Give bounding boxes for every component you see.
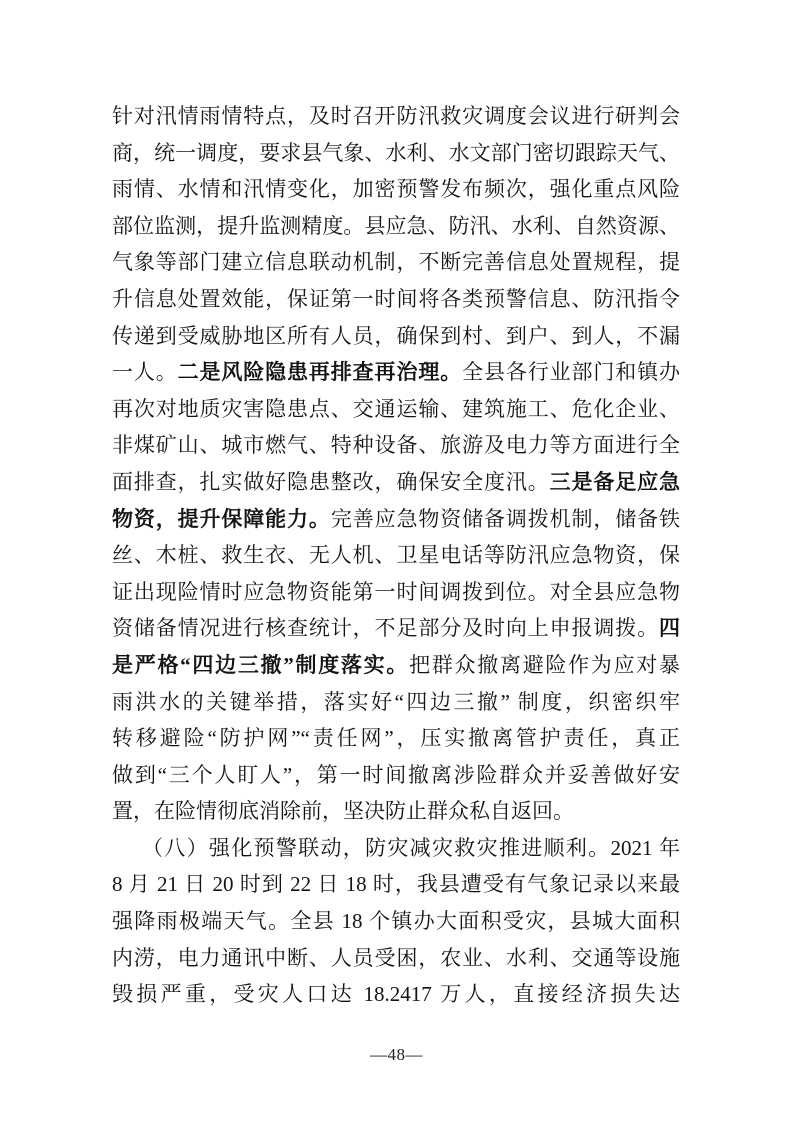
bold-text-segment: 二是风险隐患再排查再治理。: [178, 360, 462, 384]
text-line: 雨情、水情和汛情变化，加密预警发布频次，强化重点风险: [112, 171, 680, 208]
text-segment: 针对汛情雨情特点，及时召开防汛救灾调度会议进行研判会: [112, 104, 680, 128]
text-segment: 部位监测，提升监测精度。县应急、防汛、水利、自然资源、: [112, 214, 680, 238]
bold-text-segment: 四: [659, 616, 680, 640]
text-line: 8 月 21 日 20 时到 22 日 18 时，我县遭受有气象记录以来最: [112, 866, 680, 903]
text-line: 气象等部门建立信息联动机制，不断完善信息处置规程，提: [112, 244, 680, 281]
bold-text-segment: 三是备足应急: [550, 470, 680, 494]
text-line: 再次对地质灾害隐患点、交通运输、建筑施工、危化企业、: [112, 391, 680, 428]
page-footer: —48—: [0, 1044, 793, 1066]
text-segment: 商，统一调度，要求县气象、水利、水文部门密切跟踪天气、: [112, 141, 680, 165]
text-line: 一人。二是风险隐患再排查再治理。全县各行业部门和镇办: [112, 354, 680, 391]
text-segment: 做到“三个人盯人”，第一时间撤离涉险群众并妥善做好安: [112, 763, 680, 787]
text-segment: 内涝，电力通讯中断、人员受困，农业、水利、交通等设施: [112, 946, 680, 970]
text-segment: 置，在险情彻底消除前，坚决防止群众私自返回。: [112, 799, 574, 823]
text-segment: 气象等部门建立信息联动机制，不断完善信息处置规程，提: [112, 250, 680, 274]
text-segment: 转移避险“防护网”“责任网”，压实撤离管护责任，真正: [112, 726, 680, 750]
text-line: 传递到受威胁地区所有人员，确保到村、到户、到人，不漏: [112, 318, 680, 355]
text-line: 商，统一调度，要求县气象、水利、水文部门密切跟踪天气、: [112, 135, 680, 172]
text-segment: 毁损严重，受灾人口达 18.2417 万人，直接经济损失达: [112, 982, 680, 1006]
document-body: 针对汛情雨情特点，及时召开防汛救灾调度会议进行研判会商，统一调度，要求县气象、水…: [112, 98, 680, 1013]
text-line: 是严格“四边三撤”制度落实。把群众撤离避险作为应对暴: [112, 647, 680, 684]
text-line: 做到“三个人盯人”，第一时间撤离涉险群众并妥善做好安: [112, 757, 680, 794]
text-segment: 证出现险情时应急物资能第一时间调拨到位。对全县应急物: [112, 580, 680, 604]
text-segment: 把群众撤离避险作为应对暴: [409, 653, 680, 677]
text-line: 毁损严重，受灾人口达 18.2417 万人，直接经济损失达: [112, 976, 680, 1013]
text-line: 雨洪水的关键举措，落实好“四边三撤” 制度，织密织牢: [112, 684, 680, 721]
text-line: 转移避险“防护网”“责任网”，压实撤离管护责任，真正: [112, 720, 680, 757]
text-line: 升信息处置效能，保证第一时间将各类预警信息、防汛指令: [112, 281, 680, 318]
text-segment: 2021 年: [610, 836, 680, 860]
text-segment: 升信息处置效能，保证第一时间将各类预警信息、防汛指令: [112, 287, 680, 311]
text-line: （八）强化预警联动，防灾减灾救灾推进顺利。2021 年: [112, 830, 680, 867]
text-segment: 一人。: [112, 360, 178, 384]
bold-text-segment: 是严格“四边三撤”制度落实。: [112, 653, 409, 677]
text-segment: 全县各行业部门和镇办: [462, 360, 680, 384]
bold-text-segment: 物资，提升保障能力。: [112, 507, 331, 531]
text-segment: 资储备情况进行核查统计，不足部分及时向上申报调拨。: [112, 616, 659, 640]
text-segment: 面排查，扎实做好隐患整改，确保安全度汛。: [112, 470, 550, 494]
text-segment: 强降雨极端天气。全县 18 个镇办大面积受灾，县城大面积: [112, 909, 680, 933]
text-segment: 雨洪水的关键举措，落实好“四边三撤” 制度，织密织牢: [112, 690, 680, 714]
text-line: 物资，提升保障能力。完善应急物资储备调拨机制，储备铁: [112, 501, 680, 538]
text-line: 非煤矿山、城市燃气、特种设备、旅游及电力等方面进行全: [112, 427, 680, 464]
text-segment: 完善应急物资储备调拨机制，储备铁: [331, 507, 680, 531]
text-segment: 雨情、水情和汛情变化，加密预警发布频次，强化重点风险: [112, 177, 680, 201]
text-line: 内涝，电力通讯中断、人员受困，农业、水利、交通等设施: [112, 940, 680, 977]
text-line: 资储备情况进行核查统计，不足部分及时向上申报调拨。四: [112, 610, 680, 647]
text-segment: 非煤矿山、城市燃气、特种设备、旅游及电力等方面进行全: [112, 433, 680, 457]
text-line: 证出现险情时应急物资能第一时间调拨到位。对全县应急物: [112, 574, 680, 611]
text-line: 针对汛情雨情特点，及时召开防汛救灾调度会议进行研判会: [112, 98, 680, 135]
text-line: 面排查，扎实做好隐患整改，确保安全度汛。三是备足应急: [112, 464, 680, 501]
text-segment: 丝、木桩、救生衣、无人机、卫星电话等防汛应急物资，保: [112, 543, 680, 567]
text-line: 丝、木桩、救生衣、无人机、卫星电话等防汛应急物资，保: [112, 537, 680, 574]
text-line: 置，在险情彻底消除前，坚决防止群众私自返回。: [112, 793, 680, 830]
text-segment: 传递到受威胁地区所有人员，确保到村、到户、到人，不漏: [112, 324, 680, 348]
subsection-heading: （八）强化预警联动，防灾减灾救灾推进顺利。: [142, 836, 610, 860]
text-line: 强降雨极端天气。全县 18 个镇办大面积受灾，县城大面积: [112, 903, 680, 940]
page-number: —48—: [370, 1045, 423, 1064]
text-segment: 再次对地质灾害隐患点、交通运输、建筑施工、危化企业、: [112, 397, 680, 421]
document-page: 针对汛情雨情特点，及时召开防汛救灾调度会议进行研判会商，统一调度，要求县气象、水…: [0, 0, 793, 1122]
text-line: 部位监测，提升监测精度。县应急、防汛、水利、自然资源、: [112, 208, 680, 245]
text-segment: 8 月 21 日 20 时到 22 日 18 时，我县遭受有气象记录以来最: [112, 872, 680, 896]
